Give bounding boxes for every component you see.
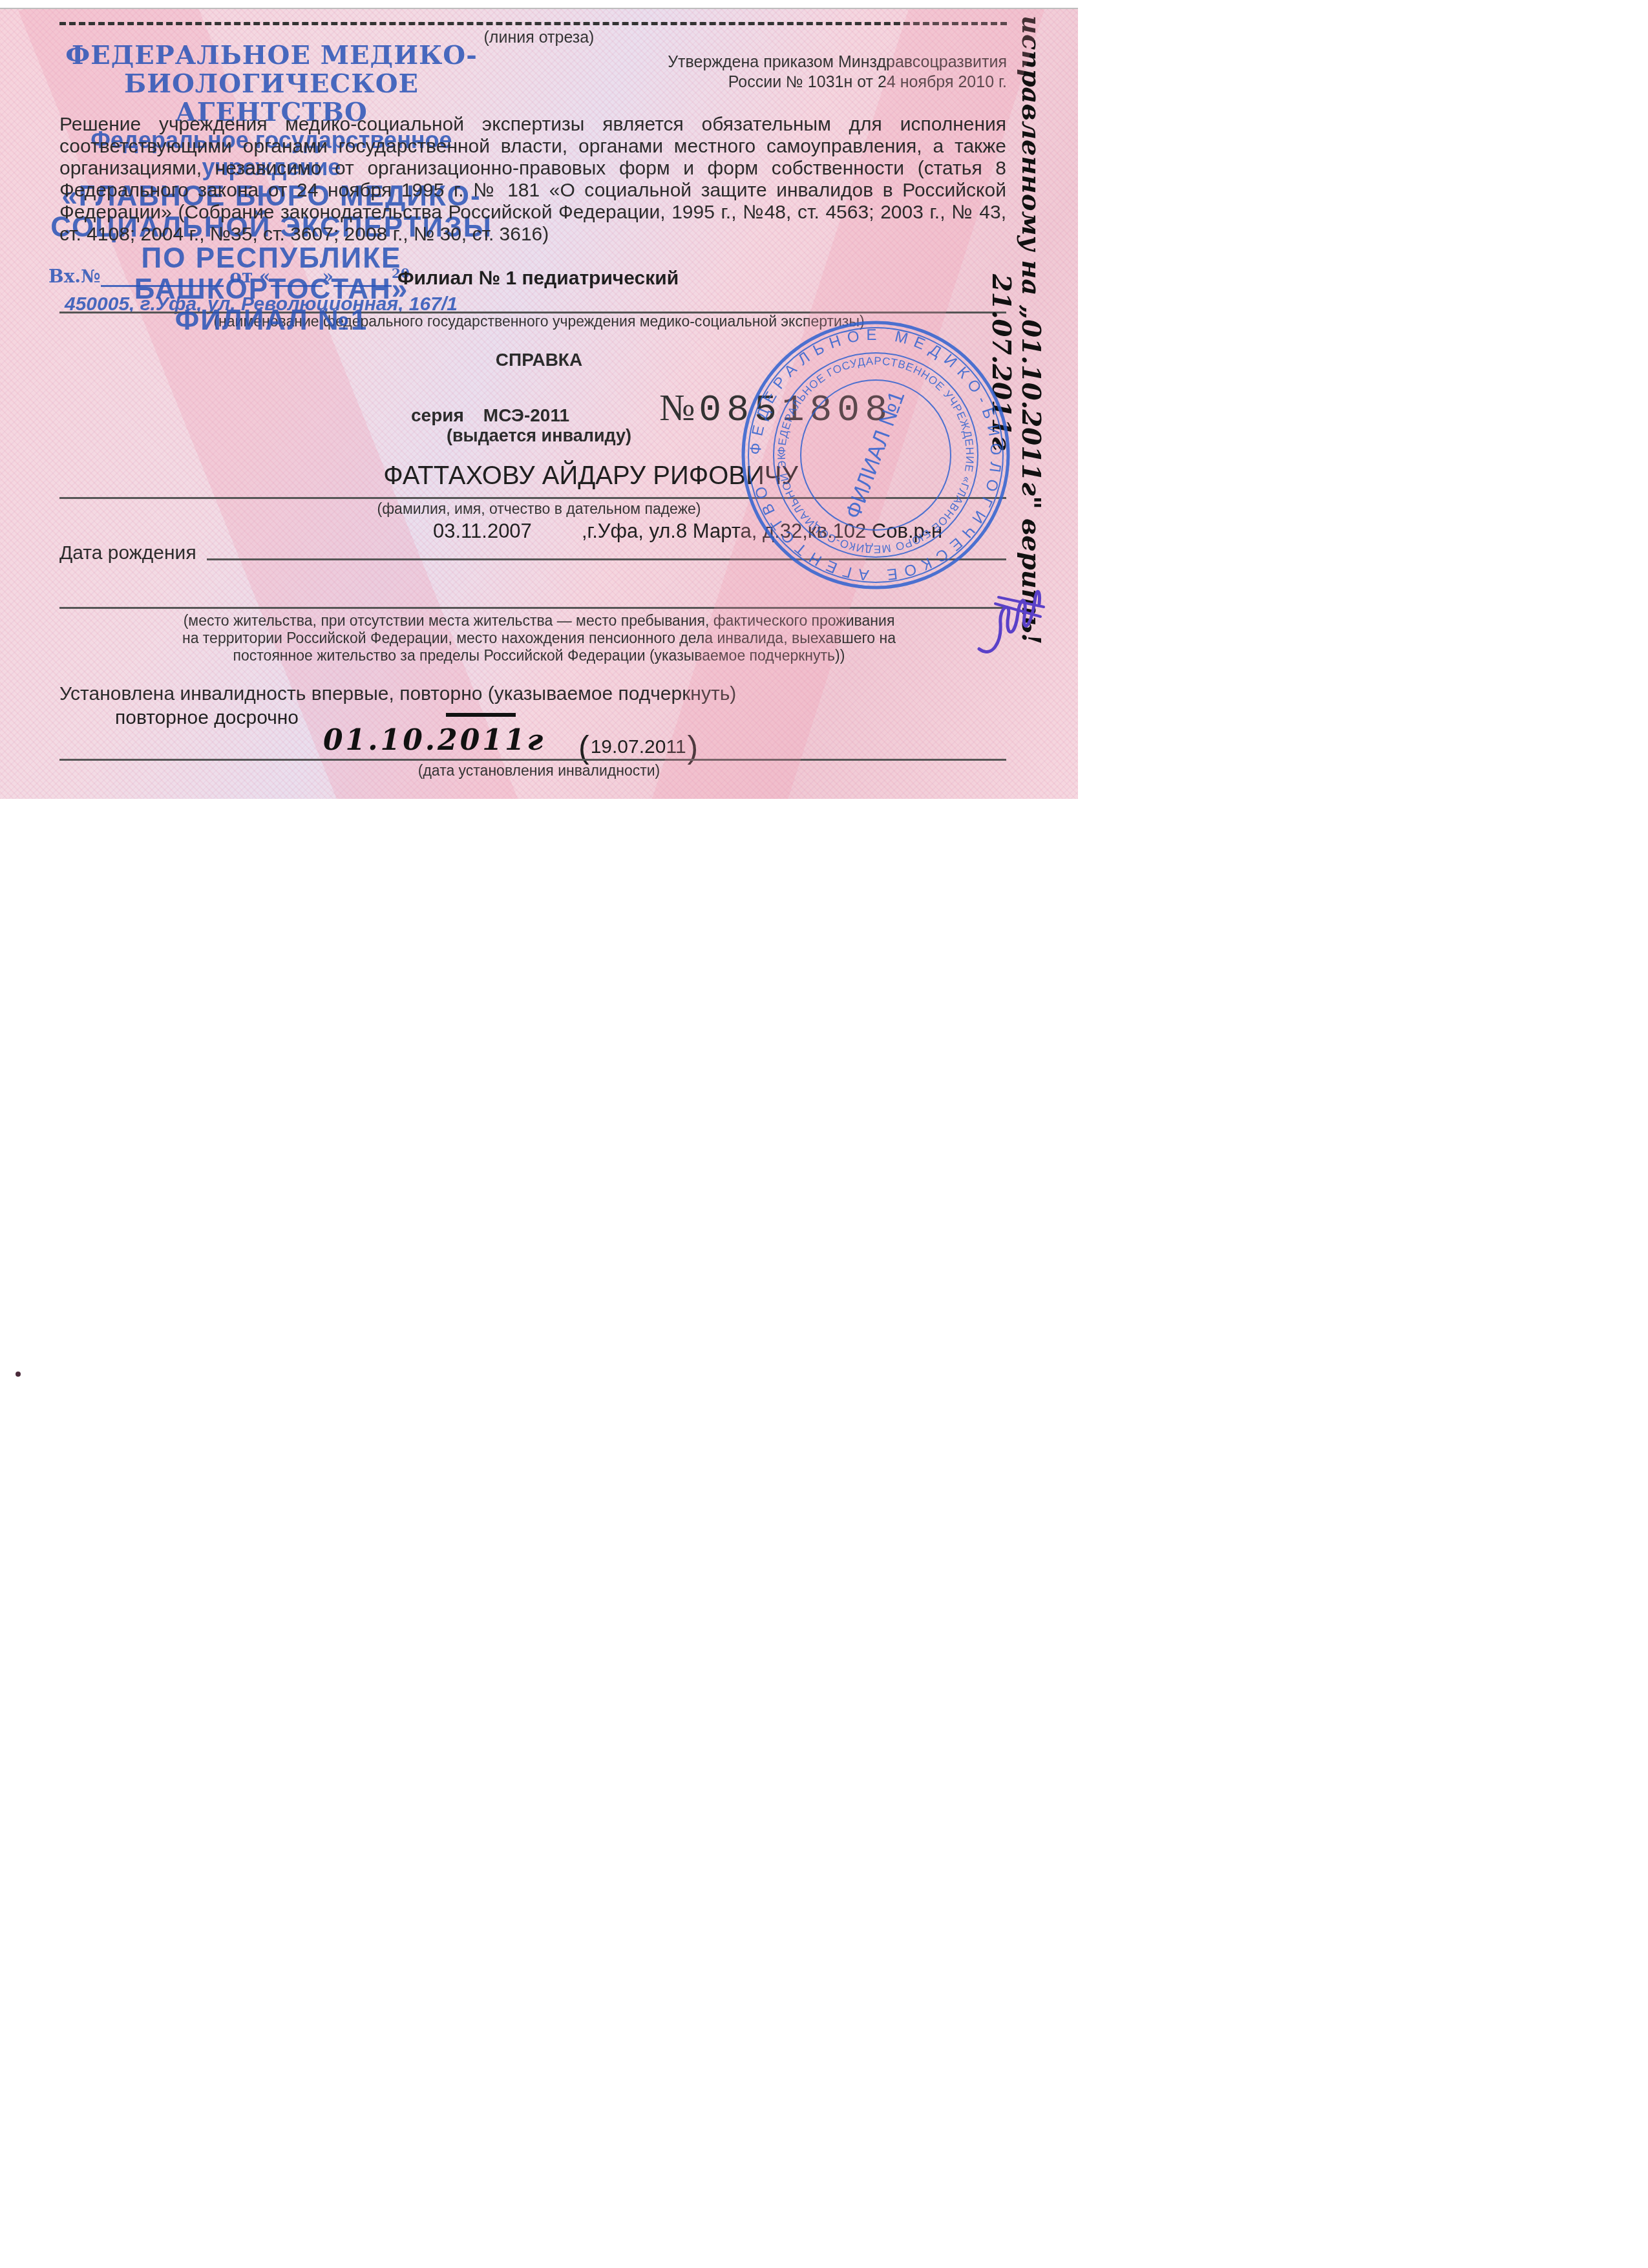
legal-text: Решение учреждения медико-социальной экс… xyxy=(59,114,1006,246)
residence-caption: (место жительства, при отсутствии места … xyxy=(0,612,1078,664)
seal-center-text: ФИЛИАЛ №1 xyxy=(841,388,910,522)
printed-date: 19.07.2011 xyxy=(578,723,698,761)
header-stamp-line: ФИЛИАЛ №1 xyxy=(39,305,504,336)
disability-date-rule xyxy=(59,759,1006,761)
residence-caption-line: постоянное жительство за пределы Российс… xyxy=(0,647,1078,664)
institution-value: Филиал № 1 педиатрический xyxy=(397,268,679,290)
scan-artifact-dot xyxy=(16,1372,21,1377)
underline-mark xyxy=(446,713,516,717)
approval-line-2: России № 1031н от 24 ноября 2010 г. xyxy=(668,72,1007,92)
round-seal-stamp: ФЕДЕРАЛЬНОЕ МЕДИКО-БИОЛОГИЧЕСКОЕ АГЕНТСТ… xyxy=(737,316,1015,594)
residence-rule xyxy=(59,607,1006,609)
approval-line-1: Утверждена приказом Минздравсоцразвития xyxy=(668,52,1007,72)
disability-type-value: повторное досрочно xyxy=(115,707,299,729)
header-stamp-line: ФЕДЕРАЛЬНОЕ МЕДИКО- xyxy=(39,41,504,70)
series-value: МСЭ-2011 xyxy=(483,405,569,425)
disability-certificate: (линия отреза) Утверждена приказом Минзд… xyxy=(0,8,1078,799)
residence-caption-line: (место жительства, при отсутствии места … xyxy=(0,612,1078,630)
signature xyxy=(976,578,1047,662)
series: серияМСЭ-2011 xyxy=(411,405,569,426)
approval-note: Утверждена приказом Минздравсоцразвития … xyxy=(668,52,1007,92)
disability-date-caption: (дата установления инвалидности) xyxy=(0,762,1078,779)
residence-caption-line: на территории Российской Федерации, мест… xyxy=(0,630,1078,647)
birth-date-value: 03.11.2007 xyxy=(433,520,532,543)
number-sign: № xyxy=(659,387,695,429)
disability-established-label: Установлена инвалидность впервые, повтор… xyxy=(59,683,736,705)
series-label: серия xyxy=(411,405,464,425)
handwritten-date: 01.10.2011г xyxy=(323,724,545,757)
cut-line xyxy=(59,22,1007,25)
birth-date-label: Дата рождения xyxy=(59,542,196,564)
